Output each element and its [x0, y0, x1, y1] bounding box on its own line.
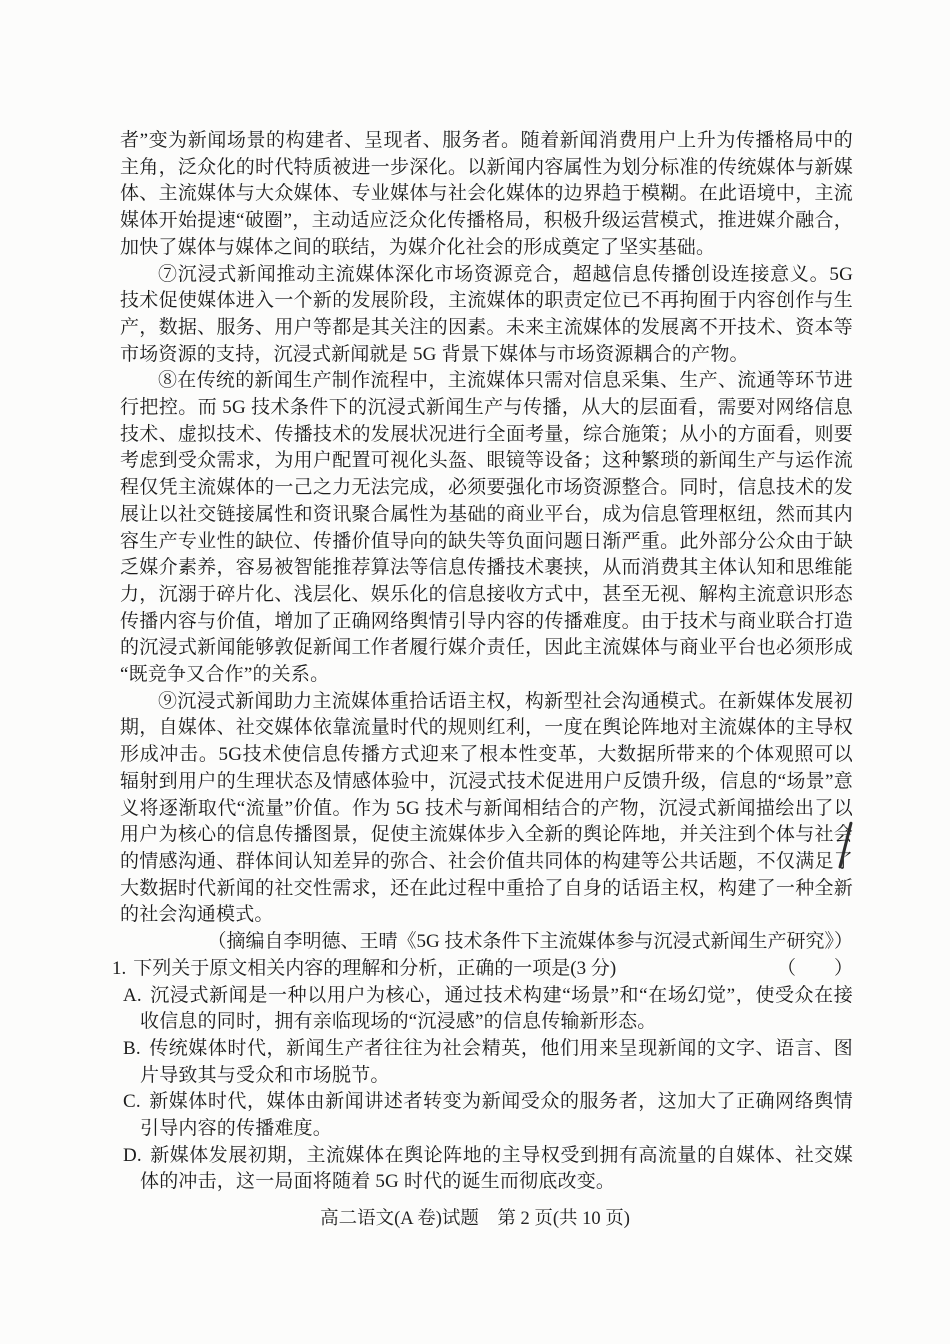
question-number: 1.: [112, 958, 126, 979]
passage-paragraph-8: ⑧在传统的新闻生产制作流程中，主流媒体只需对信息采集、生产、流通等环节进行把控。…: [120, 368, 853, 688]
passage-paragraph-7: ⑦沉浸式新闻推动主流媒体深化市场资源竞合，超越信息传播创设连接意义。5G技术促使…: [120, 262, 853, 369]
option-b-text: 传统媒体时代，新闻生产者往往为社会精英，他们用来呈现新闻的文字、语言、图片导致其…: [140, 1038, 853, 1086]
option-c-label: C.: [123, 1091, 141, 1112]
option-d: D.新媒体发展初期，主流媒体在舆论阵地的主导权受到拥有高流量的自媒体、社交媒体的…: [120, 1143, 853, 1196]
option-a: A.沉浸式新闻是一种以用户为核心，通过技术构建“场景”和“在场幻觉”，使受众在接…: [120, 983, 853, 1036]
option-c-text: 新媒体时代，媒体由新闻讲述者转变为新闻受众的服务者，这加大了正确网络舆情引导内容…: [140, 1091, 853, 1139]
question-1-options: A.沉浸式新闻是一种以用户为核心，通过技术构建“场景”和“在场幻觉”，使受众在接…: [120, 983, 853, 1197]
reading-passage: 者”变为新闻场景的构建者、呈现者、服务者。随着新闻消费用户上升为传播格局中的主角…: [120, 128, 853, 1196]
question-1-stem: 1.下列关于原文相关内容的理解和分析，正确的一项是(3 分): [112, 956, 616, 983]
passage-paragraph-continuation: 者”变为新闻场景的构建者、呈现者、服务者。随着新闻消费用户上升为传播格局中的主角…: [120, 128, 853, 262]
option-a-text: 沉浸式新闻是一种以用户为核心，通过技术构建“场景”和“在场幻觉”，使受众在接收信…: [140, 985, 853, 1033]
option-d-label: D.: [123, 1145, 142, 1166]
option-a-label: A.: [123, 985, 142, 1006]
option-b: B.传统媒体时代，新闻生产者往往为社会精英，他们用来呈现新闻的文字、语言、图片导…: [120, 1036, 853, 1089]
answer-brackets: （ ）: [777, 956, 853, 983]
passage-paragraph-9: ⑨沉浸式新闻助力主流媒体重拾话语主权，构新型社会沟通模式。在新媒体发展初期，自媒…: [120, 689, 853, 929]
option-c: C.新媒体时代，媒体由新闻讲述者转变为新闻受众的服务者，这加大了正确网络舆情引导…: [120, 1089, 853, 1142]
option-d-text: 新媒体发展初期，主流媒体在舆论阵地的主导权受到拥有高流量的自媒体、社交媒体的冲击…: [140, 1145, 853, 1193]
question-stem-text: 下列关于原文相关内容的理解和分析，正确的一项是(3 分): [133, 958, 616, 979]
source-citation: （摘编自李明德、王晴《5G 技术条件下主流媒体参与沉浸式新闻生产研究》）: [120, 929, 853, 956]
exam-page: 者”变为新闻场景的构建者、呈现者、服务者。随着新闻消费用户上升为传播格局中的主角…: [0, 0, 950, 1344]
question-1: 1.下列关于原文相关内容的理解和分析，正确的一项是(3 分) （ ）: [112, 956, 853, 983]
page-footer: 高二语文(A 卷)试题 第 2 页(共 10 页): [0, 1204, 950, 1230]
option-b-label: B.: [123, 1038, 141, 1059]
